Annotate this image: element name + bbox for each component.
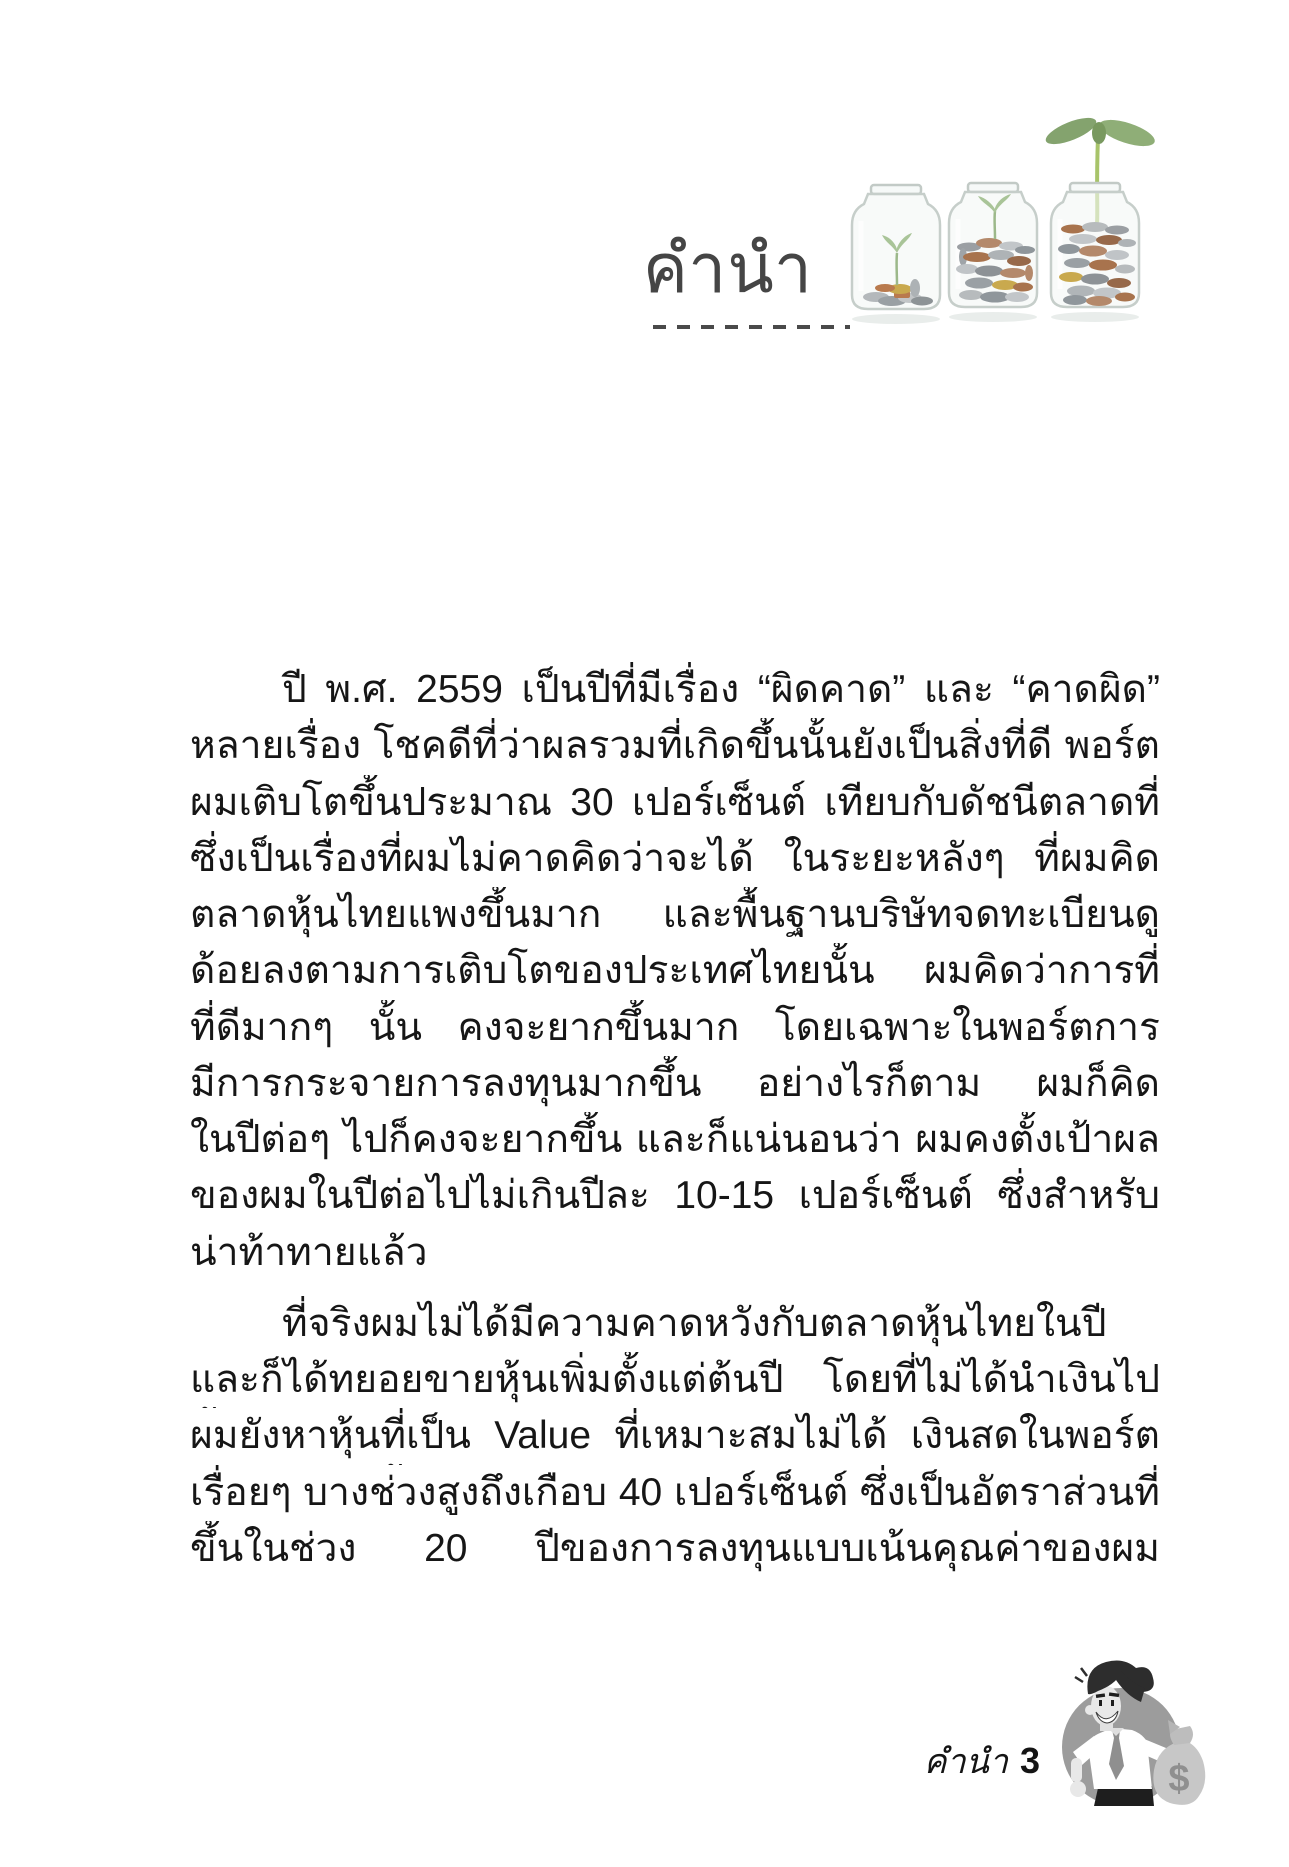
paragraph: ที่จริงผมไม่ได้มีความคาดหวังกับตลาดหุ้นไ… bbox=[190, 1296, 1160, 1577]
text-line: ปี พ.ศ. 2559 เป็นปีที่มีเรื่อง “ผิดคาด” … bbox=[190, 662, 1160, 718]
dollar-sign: $ bbox=[1168, 1758, 1189, 1800]
text-line: ของผมในปีต่อไปไม่เกินปีละ 10-15 เปอร์เซ็… bbox=[190, 1168, 1160, 1224]
body-text: ปี พ.ศ. 2559 เป็นปีที่มีเรื่อง “ผิดคาด” … bbox=[190, 662, 1160, 1577]
footer-page-number: 3 bbox=[1020, 1740, 1040, 1781]
page-footer: คำนำ3 bbox=[880, 1734, 1040, 1788]
text-line: ที่จริงผมไม่ได้มีความคาดหวังกับตลาดหุ้นไ… bbox=[190, 1296, 1160, 1352]
text-line: เรื่อยๆ บางช่วงสูงถึงเกือบ 40 เปอร์เซ็นต… bbox=[190, 1465, 1160, 1521]
fist bbox=[1070, 1781, 1086, 1797]
text-line: น่าท้าทายแล้ว bbox=[190, 1225, 1160, 1281]
book-preface-page: { "document": { "type": "book-preface-pa… bbox=[0, 0, 1289, 1867]
text-line: หลายเรื่อง โชคดีที่ว่าผลรวมที่เกิดขึ้นนั… bbox=[190, 718, 1160, 774]
text-line: ที่ดีมากๆ นั้น คงจะยากขึ้นมาก โดยเฉพาะใน… bbox=[190, 1000, 1160, 1056]
motion-lines bbox=[1075, 1668, 1087, 1682]
footer-section-label: คำนำ bbox=[924, 1743, 1008, 1781]
text-line: และก็ได้ทยอยขายหุ้นเพิ่มตั้งแต่ต้นปี โดย… bbox=[190, 1352, 1160, 1408]
paragraph: ปี พ.ศ. 2559 เป็นปีที่มีเรื่อง “ผิดคาด” … bbox=[190, 662, 1160, 1281]
coin-jars-photo bbox=[845, 88, 1155, 333]
page-title: คำนำ bbox=[560, 228, 813, 310]
text-line: ซึ่งเป็นเรื่องที่ผมไม่คาดคิดว่าจะได้ ในร… bbox=[190, 831, 1160, 887]
text-line: ผมเติบโตขึ้นประมาณ 30 เปอร์เซ็นต์ เทียบก… bbox=[190, 775, 1160, 831]
businessman-money-bag-illustration: $ bbox=[1040, 1650, 1210, 1815]
title-dashed-underline bbox=[653, 325, 850, 329]
forearm bbox=[1071, 1758, 1082, 1782]
text-line: ตลาดหุ้นไทยแพงขึ้นมาก และพื้นฐานบริษัทจด… bbox=[190, 887, 1160, 943]
text-line: มีการกระจายการลงทุนมากขึ้น อย่างไรก็ตาม … bbox=[190, 1056, 1160, 1112]
text-line: ด้อยลงตามการเติบโตของประเทศไทยนั้น ผมคิด… bbox=[190, 943, 1160, 999]
text-line: ในปีต่อๆ ไปก็คงจะยากขึ้น และก็แน่นอนว่า … bbox=[190, 1112, 1160, 1168]
text-line: ผมยังหาหุ้นที่เป็น Value ที่เหมาะสมไม่ได… bbox=[190, 1408, 1160, 1464]
left-eye bbox=[1099, 1700, 1102, 1706]
jar-half-coins bbox=[949, 183, 1037, 307]
jar-few-coins bbox=[852, 185, 940, 309]
text-line: ขึ้นในช่วง 20 ปีของการลงทุนแบบเน้นคุณค่า… bbox=[190, 1521, 1160, 1577]
right-eye bbox=[1111, 1700, 1114, 1706]
